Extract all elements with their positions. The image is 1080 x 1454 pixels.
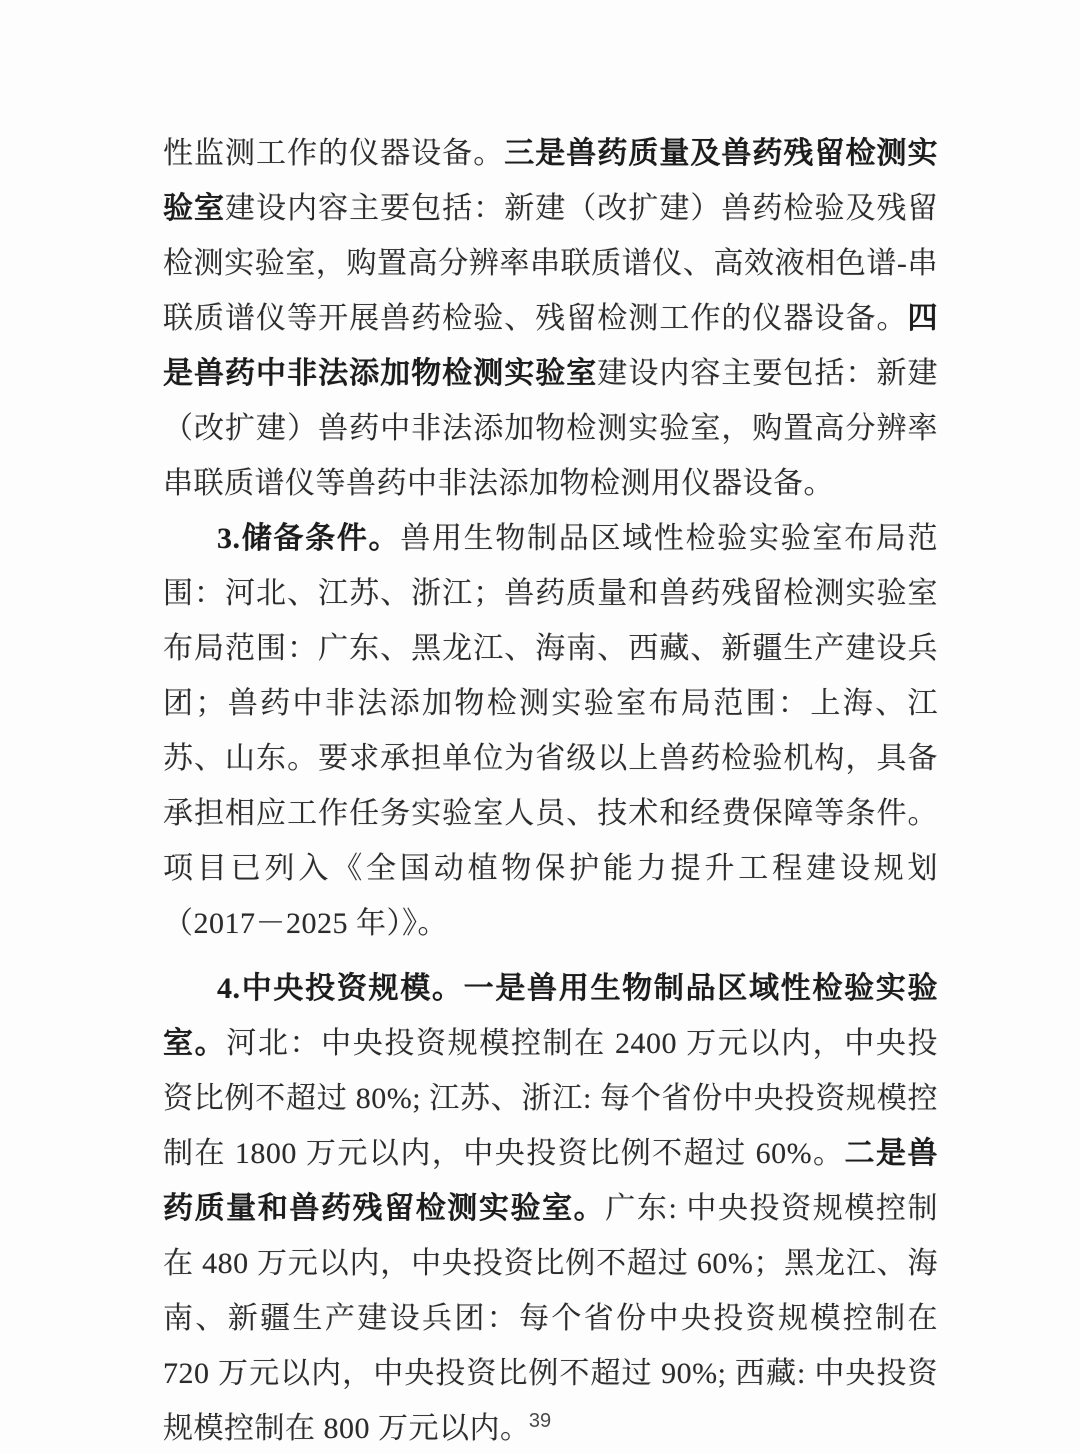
paragraph-1: 性监测工作的仪器设备。三是兽药质量及兽药残留检测实验室建设内容主要包括：新建（改…: [163, 126, 938, 511]
text-run: 建设内容主要包括：新建（改扩建）兽药检验及残留检测实验室，购置高分辨率串联质谱仪…: [163, 192, 938, 335]
page-number: 39: [0, 1410, 1080, 1433]
text-run: 河北：中央投资规模控制在 2400 万元以内，中央投资比例不超过 80%; 江苏…: [163, 1027, 938, 1170]
text-run: 兽用生物制品区域性检验实验室布局范围：河北、江苏、浙江；兽药质量和兽药残留检测实…: [163, 522, 938, 940]
paragraph-2: 3.储备条件。兽用生物制品区域性检验实验室布局范围：河北、江苏、浙江；兽药质量和…: [163, 511, 938, 951]
paragraph-3: 4.中央投资规模。一是兽用生物制品区域性检验实验室。河北：中央投资规模控制在 2…: [163, 961, 938, 1454]
text-run: 性监测工作的仪器设备。: [163, 137, 504, 170]
document-page: 性监测工作的仪器设备。三是兽药质量及兽药残留检测实验室建设内容主要包括：新建（改…: [0, 0, 1080, 1454]
text-run-bold: 3.储备条件。: [217, 522, 400, 555]
text-run: 广东: 中央投资规模控制在 480 万元以内，中央投资比例不超过 60%；黑龙江…: [163, 1192, 938, 1445]
document-body: 性监测工作的仪器设备。三是兽药质量及兽药残留检测实验室建设内容主要包括：新建（改…: [163, 126, 938, 1454]
